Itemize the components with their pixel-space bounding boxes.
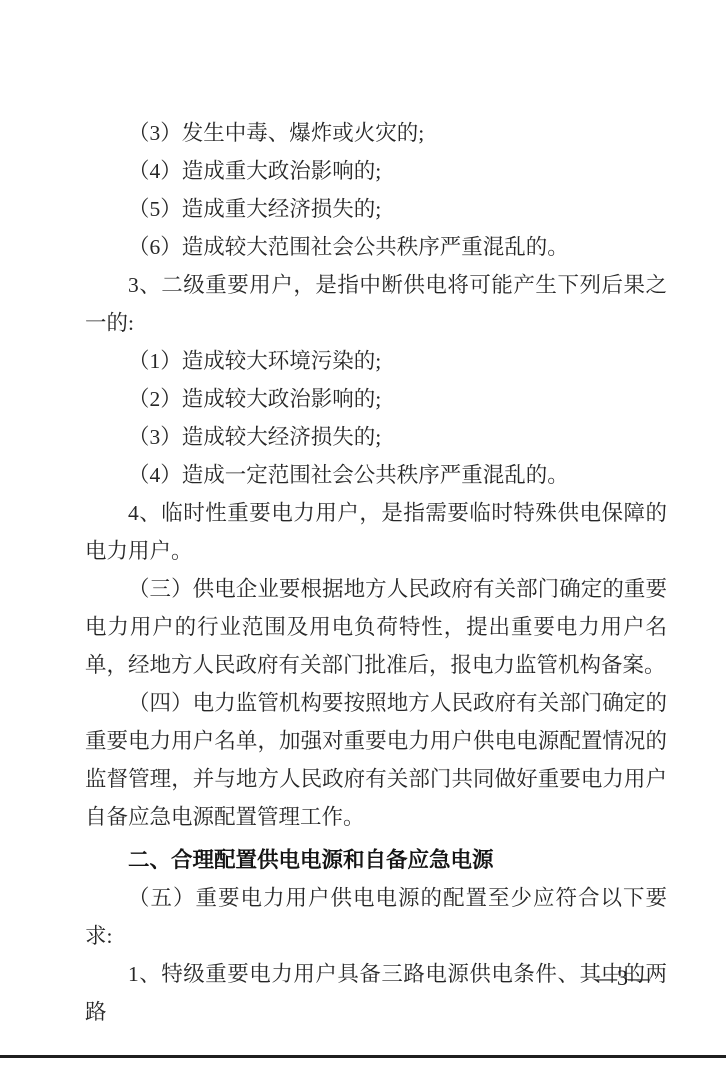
paragraph: （三）供电企业要根据地方人民政府有关部门确定的重要电力用户的行业范围及用电负荷特…	[85, 570, 667, 684]
document-body: （3）发生中毒、爆炸或火灾的;（4）造成重大政治影响的;（5）造成重大经济损失的…	[85, 114, 667, 1031]
list-item: （2）造成较大政治影响的;	[85, 380, 667, 418]
list-item: （4）造成一定范围社会公共秩序严重混乱的。	[85, 456, 667, 494]
page-bottom-rule	[0, 1055, 726, 1058]
paragraph: 4、临时性重要电力用户，是指需要临时特殊供电保障的电力用户。	[85, 494, 667, 570]
page-number: —3—	[595, 964, 650, 992]
list-item: （5）造成重大经济损失的;	[85, 190, 667, 228]
paragraph: 3、二级重要用户，是指中断供电将可能产生下列后果之一的:	[85, 266, 667, 342]
scanned-document-page: （3）发生中毒、爆炸或火灾的;（4）造成重大政治影响的;（5）造成重大经济损失的…	[0, 0, 726, 1065]
paragraph: （四）电力监管机构要按照地方人民政府有关部门确定的重要电力用户名单，加强对重要电…	[85, 684, 667, 836]
paragraph: 1、特级重要电力用户具备三路电源供电条件、其中的两路	[85, 955, 667, 1031]
paragraph: （五）重要电力用户供电电源的配置至少应符合以下要求:	[85, 879, 667, 955]
section-heading: 二、合理配置供电电源和自备应急电源	[85, 841, 667, 879]
list-item: （3）造成较大经济损失的;	[85, 418, 667, 456]
list-item: （1）造成较大环境污染的;	[85, 342, 667, 380]
list-item: （3）发生中毒、爆炸或火灾的;	[85, 114, 667, 152]
list-item: （6）造成较大范围社会公共秩序严重混乱的。	[85, 228, 667, 266]
list-item: （4）造成重大政治影响的;	[85, 152, 667, 190]
